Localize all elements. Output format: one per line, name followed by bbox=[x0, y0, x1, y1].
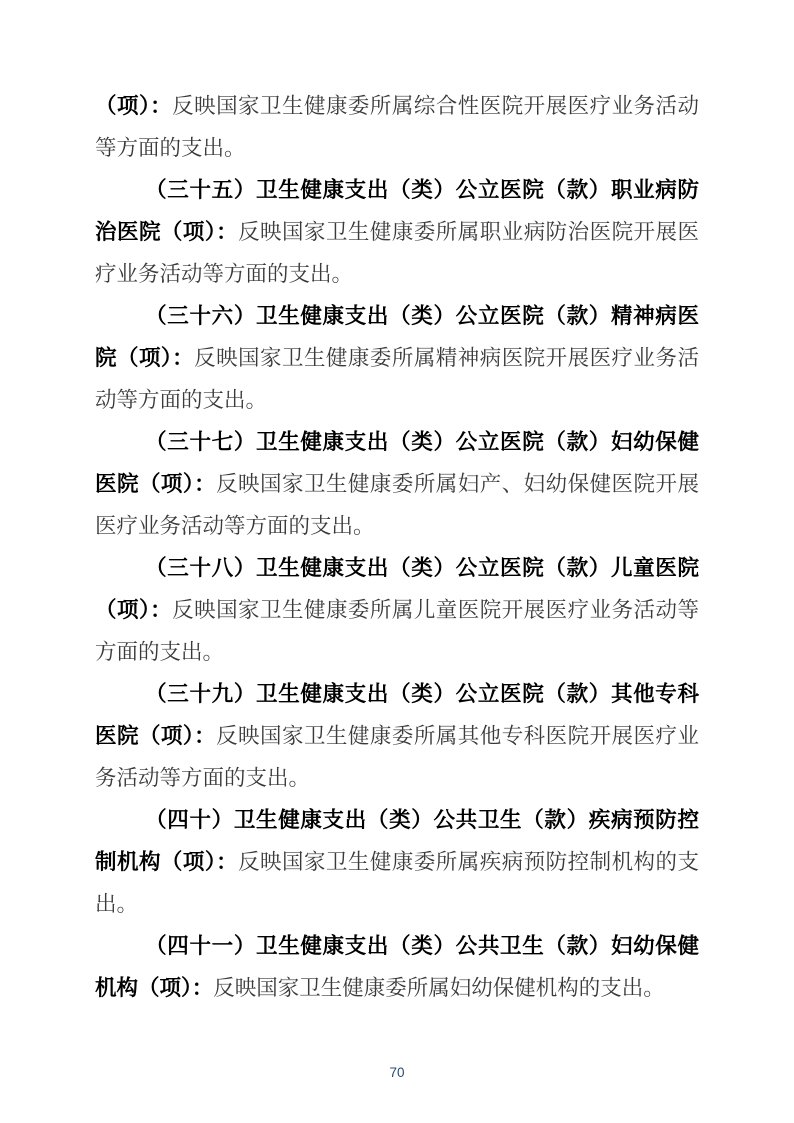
paragraph-item-38: （三十八）卫生健康支出（类）公立医院（款）儿童医院（项）：反映国家卫生健康委所属… bbox=[95, 547, 699, 673]
document-page: （项）：反映国家卫生健康委所属综合性医院开展医疗业务活动等方面的支出。 （三十五… bbox=[0, 0, 794, 1123]
paragraph-text: 反映国家卫生健康委所属儿童医院开展医疗业务活动等方面的支出。 bbox=[95, 598, 699, 664]
paragraph-item-39: （三十九）卫生健康支出（类）公立医院（款）其他专科医院（项）：反映国家卫生健康委… bbox=[95, 673, 699, 799]
paragraph-item-40: （四十）卫生健康支出（类）公共卫生（款）疾病预防控制机构（项）：反映国家卫生健康… bbox=[95, 799, 699, 925]
paragraph-item-35: （三十五）卫生健康支出（类）公立医院（款）职业病防治医院（项）：反映国家卫生健康… bbox=[95, 169, 699, 295]
paragraph-item-37: （三十七）卫生健康支出（类）公立医院（款）妇幼保健医院（项）：反映国家卫生健康委… bbox=[95, 421, 699, 547]
paragraph-text: 反映国家卫生健康委所属妇幼保健机构的支出。 bbox=[213, 976, 665, 1000]
paragraph-text: 反映国家卫生健康委所属综合性医院开展医疗业务活动等方面的支出。 bbox=[95, 94, 699, 160]
paragraph-heading: （项）： bbox=[95, 94, 172, 118]
paragraph-continuation: （项）：反映国家卫生健康委所属综合性医院开展医疗业务活动等方面的支出。 bbox=[95, 85, 699, 169]
page-number: 70 bbox=[389, 1065, 404, 1080]
page-footer: 70 bbox=[0, 1063, 794, 1083]
document-body: （项）：反映国家卫生健康委所属综合性医院开展医疗业务活动等方面的支出。 （三十五… bbox=[95, 85, 699, 1009]
paragraph-item-36: （三十六）卫生健康支出（类）公立医院（款）精神病医院（项）：反映国家卫生健康委所… bbox=[95, 295, 699, 421]
paragraph-item-41: （四十一）卫生健康支出（类）公共卫生（款）妇幼保健机构（项）：反映国家卫生健康委… bbox=[95, 925, 699, 1009]
